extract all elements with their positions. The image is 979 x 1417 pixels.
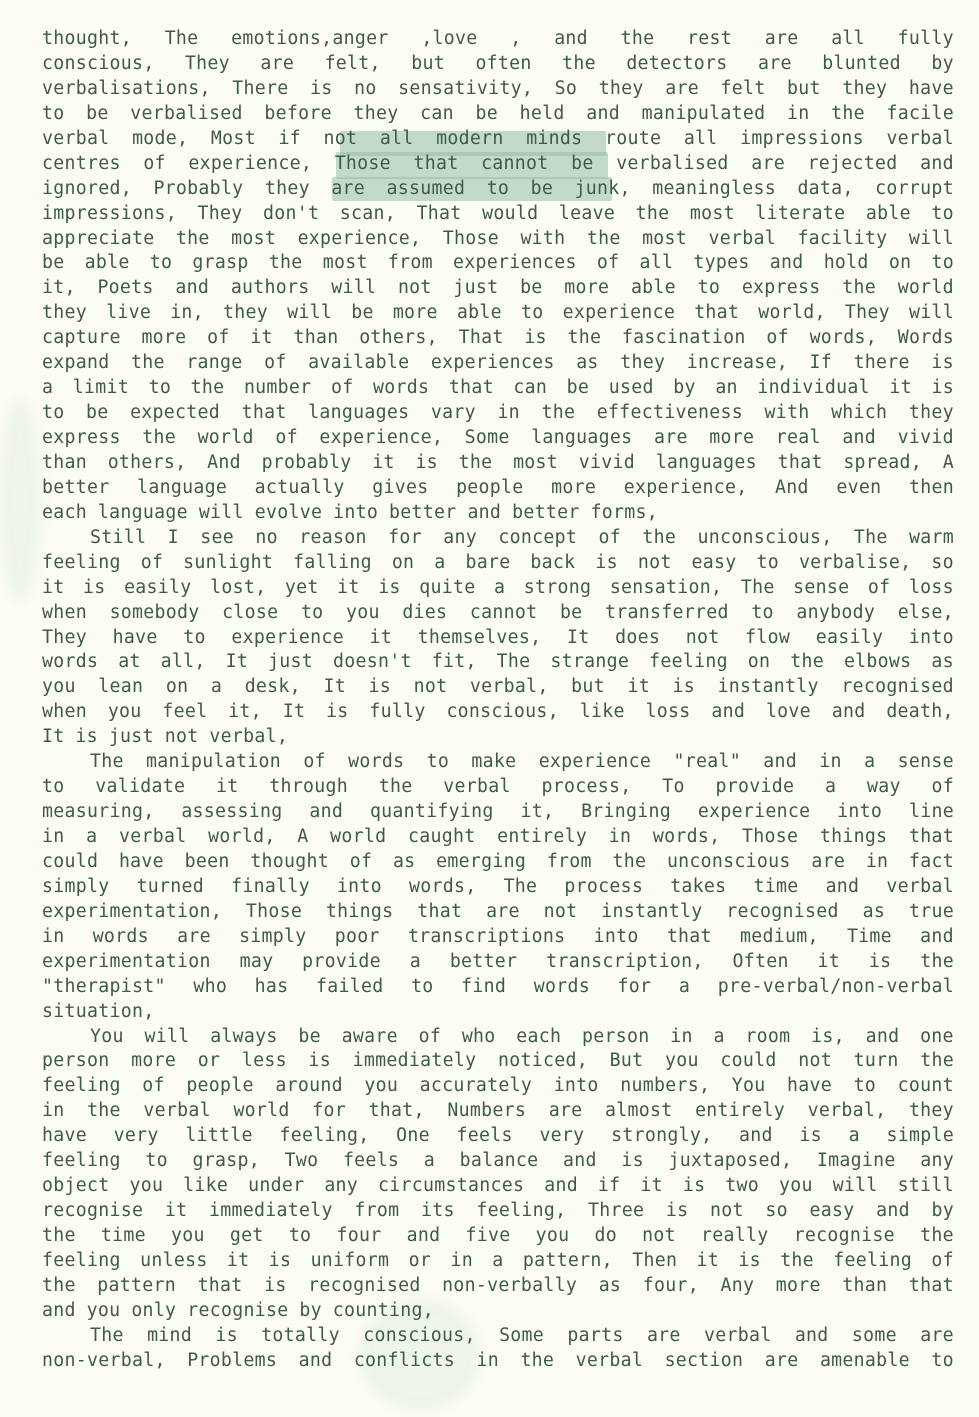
word: it (640, 1174, 663, 1199)
word: will (909, 227, 954, 252)
word: are (665, 77, 699, 102)
word: more (551, 476, 596, 501)
word: is (269, 1249, 292, 1274)
word: they (265, 177, 310, 202)
text-line: thought,Theemotions,anger,love,andtheres… (42, 27, 954, 52)
text-line: Theyhavetoexperienceitthemselves,Itdoesn… (42, 626, 954, 651)
word: poor (335, 925, 380, 950)
word: Often (732, 950, 788, 975)
text-line: conscious,Theyarefelt,butoftenthedetecto… (42, 52, 954, 77)
word: The (854, 526, 888, 551)
word: simple (886, 1124, 954, 1149)
word: they (909, 401, 954, 426)
word: verbal, (808, 1099, 887, 1124)
word: uniform (311, 1249, 390, 1274)
word: It (283, 700, 306, 725)
word: route (605, 127, 661, 152)
word: able (457, 301, 502, 326)
word: is (309, 1049, 332, 1074)
word: person (42, 1049, 110, 1074)
word: which (831, 401, 887, 426)
word: rejected (808, 152, 898, 177)
word: are (920, 1324, 954, 1349)
word: Then (632, 1249, 677, 1274)
word: better (450, 950, 518, 975)
word: is (931, 376, 954, 401)
word: unconscious, (698, 526, 833, 551)
word: limit (73, 376, 129, 401)
word: individual (757, 376, 870, 401)
word: types (693, 251, 749, 276)
word: vivid (898, 426, 954, 451)
word: effectiveness (597, 401, 743, 426)
text-line: haveverylittlefeeling,Onefeelsverystrong… (42, 1124, 954, 1149)
word: a (864, 750, 875, 775)
text-line: experimentation,Thosethingsthatarenotins… (42, 900, 954, 925)
word: before (264, 102, 332, 127)
word: any (920, 1149, 954, 1174)
word: and (309, 800, 343, 825)
word: number (244, 376, 312, 401)
word: than (42, 451, 87, 476)
word: things (326, 900, 394, 925)
word: are (177, 925, 211, 950)
word: evolve (255, 501, 323, 526)
word: experience (539, 750, 652, 775)
word: will (909, 301, 954, 326)
word: count (898, 1074, 954, 1099)
word: loss (909, 576, 954, 601)
word: have (113, 626, 158, 651)
word: and (407, 1224, 441, 1249)
word: the (459, 451, 493, 476)
word: for (312, 1099, 346, 1124)
word: conflicts (354, 1349, 455, 1374)
word: pre-verbal/non-verbal (718, 975, 954, 1000)
word: not (324, 127, 358, 152)
word: less (242, 1049, 287, 1074)
word: It (567, 626, 590, 651)
text-line: appreciatethemostexperience,Thosewiththe… (42, 227, 954, 252)
word: live (106, 301, 151, 326)
text-line: verbalisations,Thereisnosensativity,Soth… (42, 77, 954, 102)
word: totally (261, 1324, 340, 1349)
word: range (186, 351, 242, 376)
word: into (837, 800, 882, 825)
word: section (665, 1349, 744, 1374)
word: into (594, 925, 639, 950)
word: Bringing (581, 800, 671, 825)
word: forms, (591, 501, 659, 526)
word: That (417, 202, 462, 227)
word: And (775, 476, 809, 501)
text-line: whenyoufeelit,Itisfullyconscious,likelos… (42, 700, 954, 725)
word: of (141, 551, 164, 576)
text-line: measuring,assessingandquantifyingit,Brin… (42, 800, 954, 825)
word: used (609, 376, 654, 401)
word: balance (460, 1149, 539, 1174)
word: see (200, 526, 234, 551)
word: is (799, 1124, 822, 1149)
word: in (819, 750, 842, 775)
text-line: Themindistotallyconscious,Somepartsareve… (42, 1324, 954, 1349)
word: of (597, 251, 620, 276)
word: of (264, 351, 287, 376)
word: verbal, (470, 675, 549, 700)
word: two (725, 1174, 759, 1199)
word: they (620, 351, 665, 376)
word: as (599, 1274, 622, 1299)
word: do (595, 1224, 618, 1249)
word: always (210, 1025, 278, 1050)
word: doesn't (333, 650, 412, 675)
word: more (393, 301, 438, 326)
word: and (920, 925, 954, 950)
word: than (294, 326, 339, 351)
word: It (42, 725, 65, 750)
word: even (836, 476, 881, 501)
word: any (324, 1174, 358, 1199)
word: the (142, 426, 176, 451)
text-line: intheverbalworldforthat,Numbersarealmost… (42, 1099, 954, 1124)
word: literate (755, 202, 845, 227)
word: medium, (740, 925, 819, 950)
word: a (679, 975, 690, 1000)
word: not (798, 1049, 832, 1074)
word: They (845, 301, 890, 326)
word: to (931, 202, 954, 227)
word: easy (810, 1199, 855, 1224)
word: will (833, 1174, 878, 1199)
word: lean (98, 675, 143, 700)
word: all (640, 251, 674, 276)
word: experiences (431, 351, 555, 376)
word: to (521, 301, 544, 326)
word: it (216, 775, 239, 800)
word: feeling, (476, 1199, 566, 1224)
word: amenable (820, 1349, 910, 1374)
word: immediately (353, 1049, 477, 1074)
word: most (642, 227, 687, 252)
word: most (323, 251, 368, 276)
word: all (831, 27, 865, 52)
word: strong (524, 576, 592, 601)
word: with (765, 401, 810, 426)
word: who (193, 975, 227, 1000)
word: yet (285, 576, 319, 601)
word: blunted (822, 52, 901, 77)
word: is (673, 675, 696, 700)
word: noticed, (498, 1049, 588, 1074)
word: could (720, 1049, 776, 1074)
word: world (198, 426, 254, 451)
word: they (354, 102, 399, 127)
text-line: centresofexperience,Thosethatcannotbever… (42, 152, 954, 177)
word: cannot (481, 152, 549, 177)
word: and (876, 1199, 910, 1224)
word: mode, (132, 127, 188, 152)
word: are (260, 52, 294, 77)
word: sensation, (610, 576, 723, 601)
word: strongly, (611, 1124, 712, 1149)
word: cannot (470, 601, 538, 626)
word: be (571, 152, 594, 177)
word: is, (811, 1025, 845, 1050)
word: it (42, 576, 65, 601)
word: a (492, 1249, 503, 1274)
word: around (275, 1074, 343, 1099)
word: of (207, 326, 230, 351)
word: are (758, 52, 792, 77)
word: in (609, 825, 632, 850)
word: its (421, 1199, 455, 1224)
word: data, (797, 177, 853, 202)
word: juxtaposed, (668, 1149, 792, 1174)
word: manipulated (642, 102, 766, 127)
word: or (409, 1249, 432, 1274)
word: more (131, 1049, 176, 1074)
word: the (269, 251, 303, 276)
word: is (666, 1199, 689, 1224)
word: recognised (308, 1274, 421, 1299)
word: held (520, 102, 565, 127)
word: You (732, 1074, 766, 1099)
word: a (211, 675, 222, 700)
word: manipulation (146, 750, 281, 775)
text-line: expandtherangeofavailableexperiencesasth… (42, 351, 954, 376)
word: they (42, 301, 87, 326)
word: language (98, 501, 188, 526)
word: they (909, 1099, 954, 1124)
word: for (618, 975, 652, 1000)
word: but (787, 77, 821, 102)
word: time (754, 875, 799, 900)
word: immediately (209, 1199, 333, 1224)
word: to (698, 276, 721, 301)
word: the (379, 775, 413, 800)
word: to (427, 750, 450, 775)
word: in (866, 850, 889, 875)
word: words (534, 975, 590, 1000)
word: transferred (605, 601, 729, 626)
word: has (255, 975, 289, 1000)
word: the (541, 401, 575, 426)
word: if (278, 127, 301, 152)
word: almost (605, 1099, 673, 1124)
word: into (554, 1074, 599, 1099)
word: takes (670, 875, 726, 900)
word: feels (457, 1124, 513, 1149)
word: emotions,anger (231, 27, 389, 52)
word: make (471, 750, 516, 775)
text-line: situation, (42, 1000, 954, 1025)
word: the (520, 1349, 554, 1374)
word: will (144, 1025, 189, 1050)
word: Some (499, 1324, 544, 1349)
word: assumed (387, 177, 466, 202)
word: experience, (188, 152, 312, 177)
word: so (765, 1199, 788, 1224)
word: probably (262, 451, 352, 476)
word: and (842, 426, 876, 451)
word: languages (656, 451, 757, 476)
word: to (931, 1349, 954, 1374)
word: centres (42, 152, 121, 177)
word: one (920, 1025, 954, 1050)
word: it (227, 1249, 250, 1274)
word: on (748, 650, 771, 675)
word: The (497, 650, 531, 675)
word: in (477, 1349, 500, 1374)
word: transcriptions (408, 925, 566, 950)
word: "real" (673, 750, 741, 775)
word: be (520, 276, 543, 301)
word: conscious, (42, 52, 155, 77)
word: all (380, 127, 414, 152)
word: ,love (421, 27, 477, 52)
word: the (636, 202, 670, 227)
word: desk, (245, 675, 301, 700)
word: death, (886, 700, 954, 725)
word: a (849, 1124, 860, 1149)
word: feeling (649, 650, 728, 675)
text-line: feelingofpeoplearoundyouaccuratelyintonu… (42, 1074, 954, 1099)
word: is (738, 1249, 761, 1274)
word: you (171, 1224, 205, 1249)
text-line: feelingtograsp,Twofeelsabalanceandisjuxt… (42, 1149, 954, 1174)
word: is (683, 1174, 706, 1199)
word: is (621, 1149, 644, 1174)
word: authors (231, 276, 310, 301)
word: you (346, 601, 380, 626)
word: will (331, 276, 376, 301)
word: Still (90, 526, 146, 551)
word: love (766, 700, 811, 725)
word: A (943, 451, 954, 476)
word: it (165, 1199, 188, 1224)
word: is (931, 351, 954, 376)
word: and (563, 1149, 597, 1174)
word: don't (263, 202, 319, 227)
word: assessing (181, 800, 282, 825)
word: that (198, 1274, 243, 1299)
word: and (770, 251, 804, 276)
word: be (42, 251, 65, 276)
word: facility (797, 227, 887, 252)
word: in, (170, 301, 204, 326)
text-line: couldhavebeenthoughtofasemergingfromtheu… (42, 850, 954, 875)
word: you (42, 675, 76, 700)
word: of (931, 1249, 954, 1274)
word: to (150, 251, 173, 276)
word: only (131, 1299, 176, 1324)
word: the (42, 1224, 76, 1249)
word: have (787, 1074, 832, 1099)
word: fact (909, 850, 954, 875)
word: the (780, 1249, 814, 1274)
text-line: inwordsaresimplypoortranscriptionsintoth… (42, 925, 954, 950)
word: appreciate (42, 227, 155, 252)
word: the (842, 276, 876, 301)
word: some (852, 1324, 897, 1349)
word: experience, (624, 476, 748, 501)
word: is (215, 1324, 238, 1349)
word: Some (465, 426, 510, 451)
word: by (932, 1199, 955, 1224)
word: spread, (843, 451, 922, 476)
word: are (654, 426, 688, 451)
word: often (475, 52, 531, 77)
word: words, (409, 875, 477, 900)
word: as (393, 850, 416, 875)
word: than (842, 1274, 887, 1299)
text-line: tobeverbalisedbeforetheycanbeheldandmani… (42, 102, 954, 127)
word: provide (302, 950, 381, 975)
word: then (909, 476, 954, 501)
word: They (42, 626, 87, 651)
word: would (482, 202, 538, 227)
word: words (348, 750, 404, 775)
word: unless (140, 1249, 208, 1274)
word: corrupt (875, 177, 954, 202)
word: is (595, 551, 618, 576)
word: and (467, 501, 501, 526)
word: languages (531, 426, 632, 451)
word: recognise (42, 1199, 143, 1224)
word: from (354, 1199, 399, 1224)
word: world, (208, 825, 276, 850)
word: non-verbally (442, 1274, 577, 1299)
word: can (513, 376, 547, 401)
word: better (512, 501, 580, 526)
word: five (465, 1224, 510, 1249)
word: simply (42, 875, 110, 900)
word: words (93, 925, 149, 950)
word: sense (898, 750, 954, 775)
word: and (826, 875, 860, 900)
word: a (434, 551, 445, 576)
word: and (832, 700, 866, 725)
word: they (223, 301, 268, 326)
word: at (118, 650, 141, 675)
word: of (766, 326, 789, 351)
word: language (137, 476, 227, 501)
word: The (504, 875, 538, 900)
word: as (931, 650, 954, 675)
word: instantly (601, 900, 702, 925)
word: sense (793, 576, 849, 601)
word: simply (239, 925, 307, 950)
word: process, (542, 775, 632, 800)
word: vivid (579, 451, 635, 476)
word: true (909, 900, 954, 925)
word: So (555, 77, 578, 102)
word: more (776, 1274, 821, 1299)
word: will (287, 301, 332, 326)
text-line: betterlanguageactuallygivespeoplemoreexp… (42, 476, 954, 501)
word: like (580, 700, 625, 725)
word: the (568, 326, 602, 351)
word: of (932, 775, 955, 800)
word: It (226, 650, 249, 675)
word: unconscious (667, 850, 791, 875)
word: it, (42, 276, 76, 301)
word: way (867, 775, 901, 800)
word: detectors (626, 52, 727, 77)
word: are (811, 850, 845, 875)
word: a (86, 825, 97, 850)
word: turned (137, 875, 205, 900)
